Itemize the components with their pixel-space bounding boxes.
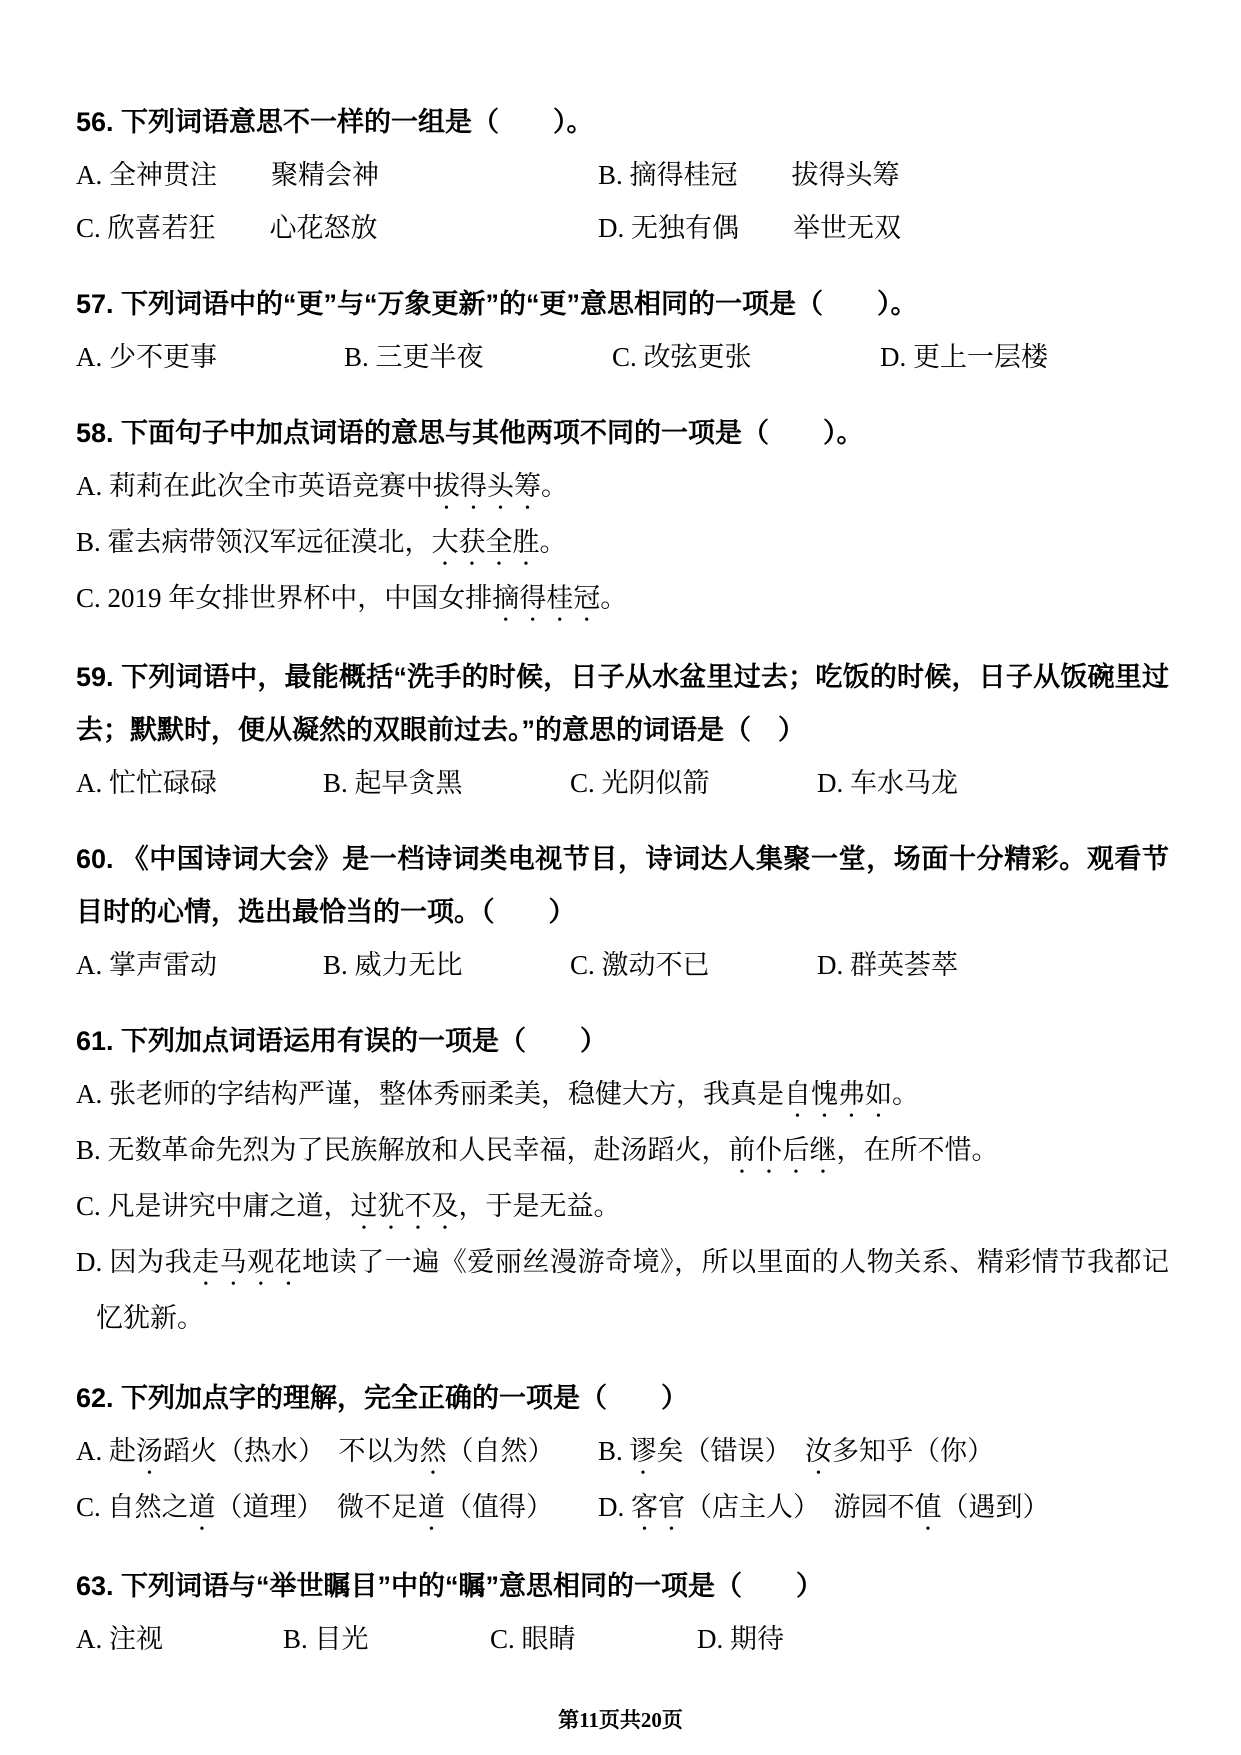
text-segment: 。 — [540, 527, 567, 557]
text-segment: ，于是无益。 — [459, 1191, 621, 1221]
question-60: 60. 《中国诗词大会》是一档诗词类电视节目，诗词达人集聚一堂，场面十分精彩。观… — [76, 833, 1169, 992]
question-63-option-a: A. 注视 — [76, 1613, 283, 1666]
question-63: 63. 下列词语与“举世瞩目”中的“瞩”意思相同的一项是（ ） A. 注视 B.… — [76, 1560, 1169, 1666]
question-57-option-d: D. 更上一层楼 — [880, 331, 1048, 384]
exam-page: 56. 下列词语意思不一样的一组是（ ）。 A. 全神贯注 聚精会神 B. 摘得… — [0, 0, 1241, 1755]
text-segment: C. 凡是讲究中庸之道， — [76, 1191, 351, 1221]
emphasized-text: 道 — [189, 1492, 216, 1522]
emphasized-text: 汝 — [805, 1436, 832, 1466]
question-59-option-b: B. 起早贪黑 — [323, 757, 570, 810]
emphasized-text: 谬 — [630, 1436, 657, 1466]
question-61: 61. 下列加点词语运用有误的一项是（ ） A. 张老师的字结构严谨，整体秀丽柔… — [76, 1015, 1169, 1345]
text-segment: 。 — [541, 471, 568, 501]
question-62-options-row-2: C. 自然之道（道理） 微不足道（值得） D. 客官（店主人） 游园不值（遇到） — [76, 1481, 1169, 1537]
question-59-option-d: D. 车水马龙 — [817, 757, 958, 810]
emphasized-text: 前仆后继 — [729, 1135, 837, 1165]
emphasized-text: 摘得桂冠 — [492, 583, 600, 613]
question-59: 59. 下列词语中，最能概括“洗手的时候，日子从水盆里过去；吃饭的时候，日子从饭… — [76, 651, 1169, 810]
text-segment: B. — [598, 1436, 630, 1466]
question-60-options-row: A. 掌声雷动 B. 威力无比 C. 激动不已 D. 群英荟萃 — [76, 939, 1169, 992]
question-60-option-a: A. 掌声雷动 — [76, 939, 323, 992]
text-segment: D. — [598, 1492, 631, 1522]
question-57-option-a: A. 少不更事 — [76, 331, 344, 384]
text-segment: （店主人） 游园不 — [685, 1492, 915, 1522]
text-segment: ，在所不惜。 — [837, 1135, 999, 1165]
question-60-title: 60. 《中国诗词大会》是一档诗词类电视节目，诗词达人集聚一堂，场面十分精彩。观… — [76, 833, 1169, 939]
question-57-option-b: B. 三更半夜 — [344, 331, 612, 384]
emphasized-text: 大获全胜 — [432, 527, 540, 557]
emphasized-text: 走马观花 — [192, 1247, 302, 1277]
text-segment: （值得） — [445, 1492, 553, 1522]
emphasized-text: 值 — [915, 1492, 942, 1522]
emphasized-text: 道 — [418, 1492, 445, 1522]
question-57: 57. 下列词语中的“更”与“万象更新”的“更”意思相同的一项是（ ）。 A. … — [76, 278, 1169, 384]
emphasized-text: 客官 — [631, 1492, 685, 1522]
emphasized-text: 汤 — [136, 1436, 163, 1466]
text-segment: B. 霍去病带领汉军远征漠北， — [76, 527, 432, 557]
question-60-option-c: C. 激动不已 — [570, 939, 817, 992]
question-63-option-b: B. 目光 — [283, 1613, 490, 1666]
question-63-options-row: A. 注视 B. 目光 C. 眼睛 D. 期待 — [76, 1613, 1169, 1666]
question-63-title: 63. 下列词语与“举世瞩目”中的“瞩”意思相同的一项是（ ） — [76, 1560, 1169, 1613]
question-58-option-c: C. 2019 年女排世界杯中，中国女排摘得桂冠。 — [76, 572, 1169, 628]
question-60-option-d: D. 群英荟萃 — [817, 939, 958, 992]
question-57-option-c: C. 改弦更张 — [612, 331, 880, 384]
question-57-title: 57. 下列词语中的“更”与“万象更新”的“更”意思相同的一项是（ ）。 — [76, 278, 1169, 331]
question-57-options-row: A. 少不更事 B. 三更半夜 C. 改弦更张 D. 更上一层楼 — [76, 331, 1169, 384]
text-segment: 矣（错误） — [657, 1436, 806, 1466]
question-61-option-d: D. 因为我走马观花地读了一遍《爱丽丝漫游奇境》，所以里面的人物关系、精彩情节我… — [76, 1236, 1169, 1345]
question-56-option-c: C. 欣喜若狂 心花怒放 — [76, 202, 598, 255]
emphasized-text: 拔得头筹 — [433, 471, 541, 501]
question-59-title: 59. 下列词语中，最能概括“洗手的时候，日子从水盆里过去；吃饭的时候，日子从饭… — [76, 651, 1169, 757]
question-56-options-row-1: A. 全神贯注 聚精会神 B. 摘得桂冠 拔得头筹 — [76, 149, 1169, 202]
question-56-options-row-2: C. 欣喜若狂 心花怒放 D. 无独有偶 举世无双 — [76, 202, 1169, 255]
question-61-option-a: A. 张老师的字结构严谨，整体秀丽柔美，稳健大方，我真是自愧弗如。 — [76, 1068, 1169, 1124]
question-56-title: 56. 下列词语意思不一样的一组是（ ）。 — [76, 96, 1169, 149]
emphasized-text: 过犹不及 — [351, 1191, 459, 1221]
text-segment: C. 2019 年女排世界杯中，中国女排 — [76, 583, 492, 613]
text-segment: 蹈火（热水） 不以为 — [163, 1436, 420, 1466]
question-56-option-d: D. 无独有偶 举世无双 — [598, 202, 901, 255]
text-segment: A. 莉莉在此次全市英语竞赛中 — [76, 471, 433, 501]
text-segment: C. 自然之 — [76, 1492, 189, 1522]
question-61-option-b: B. 无数革命先烈为了民族解放和人民幸福，赴汤蹈火，前仆后继，在所不惜。 — [76, 1124, 1169, 1180]
question-62-option-d: D. 客官（店主人） 游园不值（遇到） — [598, 1481, 1050, 1537]
text-segment: （道理） 微不足 — [216, 1492, 419, 1522]
text-segment: 多知乎（你） — [832, 1436, 994, 1466]
question-62-title: 62. 下列加点字的理解，完全正确的一项是（ ） — [76, 1372, 1169, 1425]
question-58-option-b: B. 霍去病带领汉军远征漠北，大获全胜。 — [76, 516, 1169, 572]
question-63-option-d: D. 期待 — [697, 1613, 784, 1666]
question-62: 62. 下列加点字的理解，完全正确的一项是（ ） A. 赴汤蹈火（热水） 不以为… — [76, 1372, 1169, 1537]
text-segment: （遇到） — [942, 1492, 1050, 1522]
page-footer: 第11页共20页 — [0, 1708, 1241, 1733]
question-56-option-a: A. 全神贯注 聚精会神 — [76, 149, 598, 202]
text-segment: 。 — [600, 583, 627, 613]
question-63-option-c: C. 眼睛 — [490, 1613, 697, 1666]
question-60-option-b: B. 威力无比 — [323, 939, 570, 992]
question-58-title: 58. 下面句子中加点词语的意思与其他两项不同的一项是（ ）。 — [76, 407, 1169, 460]
question-59-options-row: A. 忙忙碌碌 B. 起早贪黑 C. 光阴似箭 D. 车水马龙 — [76, 757, 1169, 810]
text-segment: 。 — [892, 1079, 919, 1109]
question-61-title: 61. 下列加点词语运用有误的一项是（ ） — [76, 1015, 1169, 1068]
emphasized-text: 然 — [420, 1436, 447, 1466]
text-segment: B. 无数革命先烈为了民族解放和人民幸福，赴汤蹈火， — [76, 1135, 729, 1165]
emphasized-text: 自愧弗如 — [784, 1079, 892, 1109]
question-56-option-b: B. 摘得桂冠 拔得头筹 — [598, 149, 900, 202]
question-61-option-c: C. 凡是讲究中庸之道，过犹不及，于是无益。 — [76, 1180, 1169, 1236]
question-62-option-c: C. 自然之道（道理） 微不足道（值得） — [76, 1481, 598, 1537]
question-58-option-a: A. 莉莉在此次全市英语竞赛中拔得头筹。 — [76, 460, 1169, 516]
text-segment: （自然） — [447, 1436, 555, 1466]
question-56: 56. 下列词语意思不一样的一组是（ ）。 A. 全神贯注 聚精会神 B. 摘得… — [76, 96, 1169, 255]
question-59-option-c: C. 光阴似箭 — [570, 757, 817, 810]
question-59-option-a: A. 忙忙碌碌 — [76, 757, 323, 810]
question-58: 58. 下面句子中加点词语的意思与其他两项不同的一项是（ ）。 A. 莉莉在此次… — [76, 407, 1169, 628]
text-segment: A. 张老师的字结构严谨，整体秀丽柔美，稳健大方，我真是 — [76, 1079, 784, 1109]
question-62-option-b: B. 谬矣（错误） 汝多知乎（你） — [598, 1425, 994, 1481]
question-62-options-row-1: A. 赴汤蹈火（热水） 不以为然（自然） B. 谬矣（错误） 汝多知乎（你） — [76, 1425, 1169, 1481]
text-segment: D. 因为我 — [76, 1247, 192, 1277]
text-segment: A. 赴 — [76, 1436, 136, 1466]
question-62-option-a: A. 赴汤蹈火（热水） 不以为然（自然） — [76, 1425, 598, 1481]
